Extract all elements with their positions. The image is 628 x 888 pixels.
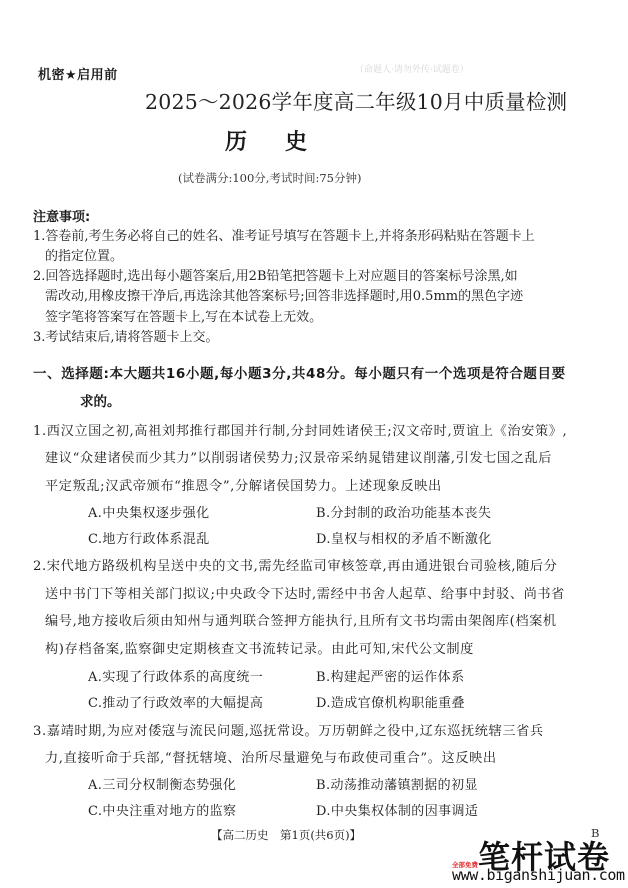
confidential-label: 机密★启用前 [38, 64, 118, 83]
question-1-option-b: B.分封制的政治功能基本丧失 [316, 502, 491, 521]
notice-item-1-cont: 的指定位置。 [45, 245, 123, 264]
watermark-url: www.biganshijuan.com [452, 866, 625, 884]
subject-title: 历史 [225, 125, 307, 156]
question-3-option-d: D.中央集权体制的因事调适 [316, 800, 478, 819]
question-3-option-b: B.动荡推动藩镇割据的初显 [316, 774, 478, 793]
faint-bleed-text: （命题人·请勿外传·试题卷） [355, 62, 469, 75]
notice-item-2: 2.回答选择题时,选出每小题答案后,用2B铅笔把答题卡上对应题目的答案标号涂黑,… [33, 265, 518, 284]
question-1-line-2: 建议“众建诸侯而少其力”以削弱诸侯势力;汉景帝采纳晁错建议削藩,引发七国之乱后 [45, 447, 552, 466]
question-3-line-2: 力,直接听命于兵部,“督抚辖境、治所尽量避免与布政使司重合”。这反映出 [45, 747, 497, 766]
question-3-option-a: A.三司分权制衡态势强化 [88, 774, 236, 793]
question-1-line-3: 平定叛乱;汉武帝颁布“推恩令”,分解诸侯国势力。上述现象反映出 [45, 475, 442, 494]
question-2-option-b: B.构建起严密的运作体系 [316, 666, 465, 685]
notice-item-1: 1.答卷前,考生务必将自己的姓名、准考证号填写在答题卡上,并将条形码粘贴在答题卡… [33, 225, 535, 244]
question-2-line-1: 2.宋代地方路级机构呈送中央的文书,需先经监司审核签章,再由通进银台司验核,随后… [33, 555, 558, 574]
notice-item-2-cont-1: 需改动,用橡皮擦干净后,再选涂其他答案标号;回答非选择题时,用0.5mm的黑色字… [45, 285, 523, 304]
subject-char-1: 历 [225, 125, 247, 156]
question-3-option-c: C.中央注重对地方的监察 [88, 800, 236, 819]
question-1-option-a: A.中央集权逐步强化 [88, 502, 210, 521]
question-3-line-1: 3.嘉靖时期,为应对倭寇与流民问题,巡抚常设。万历朝鲜之役中,辽东巡抚统辖三省兵 [33, 720, 544, 739]
question-1-option-c: C.地方行政体系混乱 [88, 528, 210, 547]
page-footer: 【高二历史 第1页(共6页)】 [211, 827, 361, 843]
question-1-option-d: D.皇权与相权的矛盾不断激化 [316, 528, 492, 547]
exam-title: 2025～2026学年度高二年级10月中质量检测 [145, 85, 567, 115]
section-heading-cont: 求的。 [80, 390, 121, 410]
question-2-line-4: 构)存档备案,监察御史定期核查文书流转记录。由此可知,宋代公文制度 [45, 638, 474, 657]
question-2-option-d: D.造成官僚机构职能重叠 [316, 692, 465, 711]
section-heading: 一、选择题:本大题共16小题,每小题3分,共48分。每小题只有一个选项是符合题目… [33, 362, 566, 382]
question-2-option-a: A.实现了行政体系的高度统一 [88, 666, 263, 685]
notice-item-3: 3.考试结束后,请将答题卡上交。 [33, 326, 219, 345]
question-2-line-2: 送中书门下等相关部门拟议;中央政令下达时,需经中书舍人起草、给事中封驳、尚书省 [45, 583, 565, 602]
question-2-line-3: 编号,地方接收后须由知州与通判联合签押方能执行,且所有文书均需由架阁库(档案机 [45, 610, 557, 629]
subject-char-2: 史 [285, 125, 307, 156]
notice-item-2-cont-2: 签字笔将答案写在答题卡上,写在本试卷上无效。 [45, 306, 322, 325]
exam-info: (试卷满分:100分,考试时间:75分钟) [178, 170, 361, 186]
question-1-line-1: 1.西汉立国之初,高祖刘邦推行郡国并行制,分封同姓诸侯王;汉文帝时,贾谊上《治安… [33, 420, 567, 439]
notice-heading: 注意事项: [33, 206, 90, 225]
question-2-option-c: C.推动了行政效率的大幅提高 [88, 692, 263, 711]
